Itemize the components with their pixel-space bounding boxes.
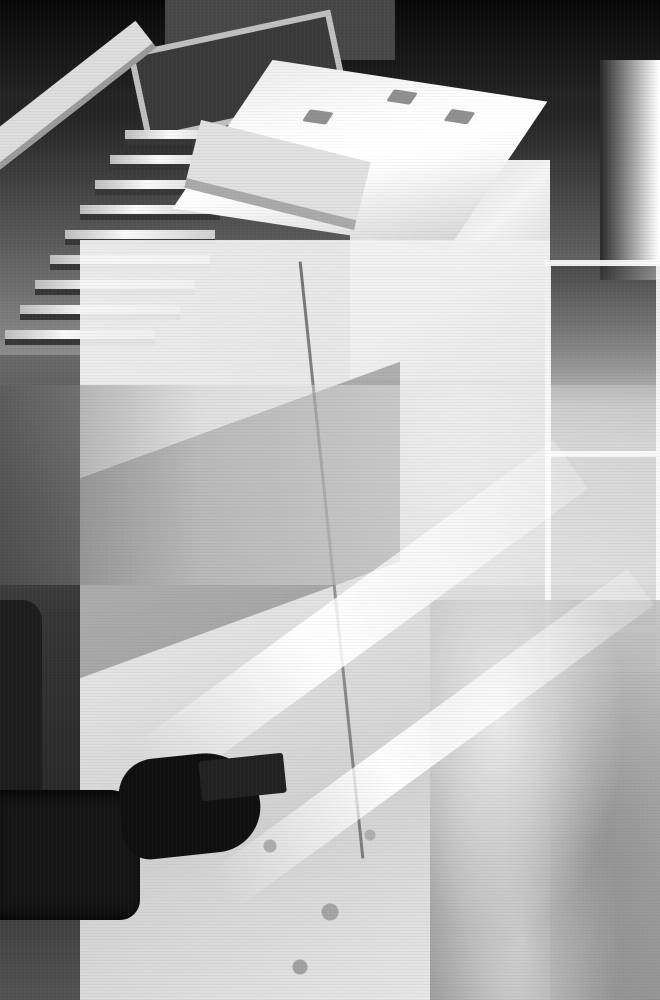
arm <box>0 600 42 810</box>
right-wall-edge <box>600 60 660 280</box>
cabinet-knob <box>444 109 476 125</box>
sleeve <box>0 790 140 920</box>
window-mullion <box>551 451 656 457</box>
cabinet-knob <box>302 109 334 125</box>
photograph <box>0 0 660 1000</box>
cabinet-knob <box>386 89 418 105</box>
